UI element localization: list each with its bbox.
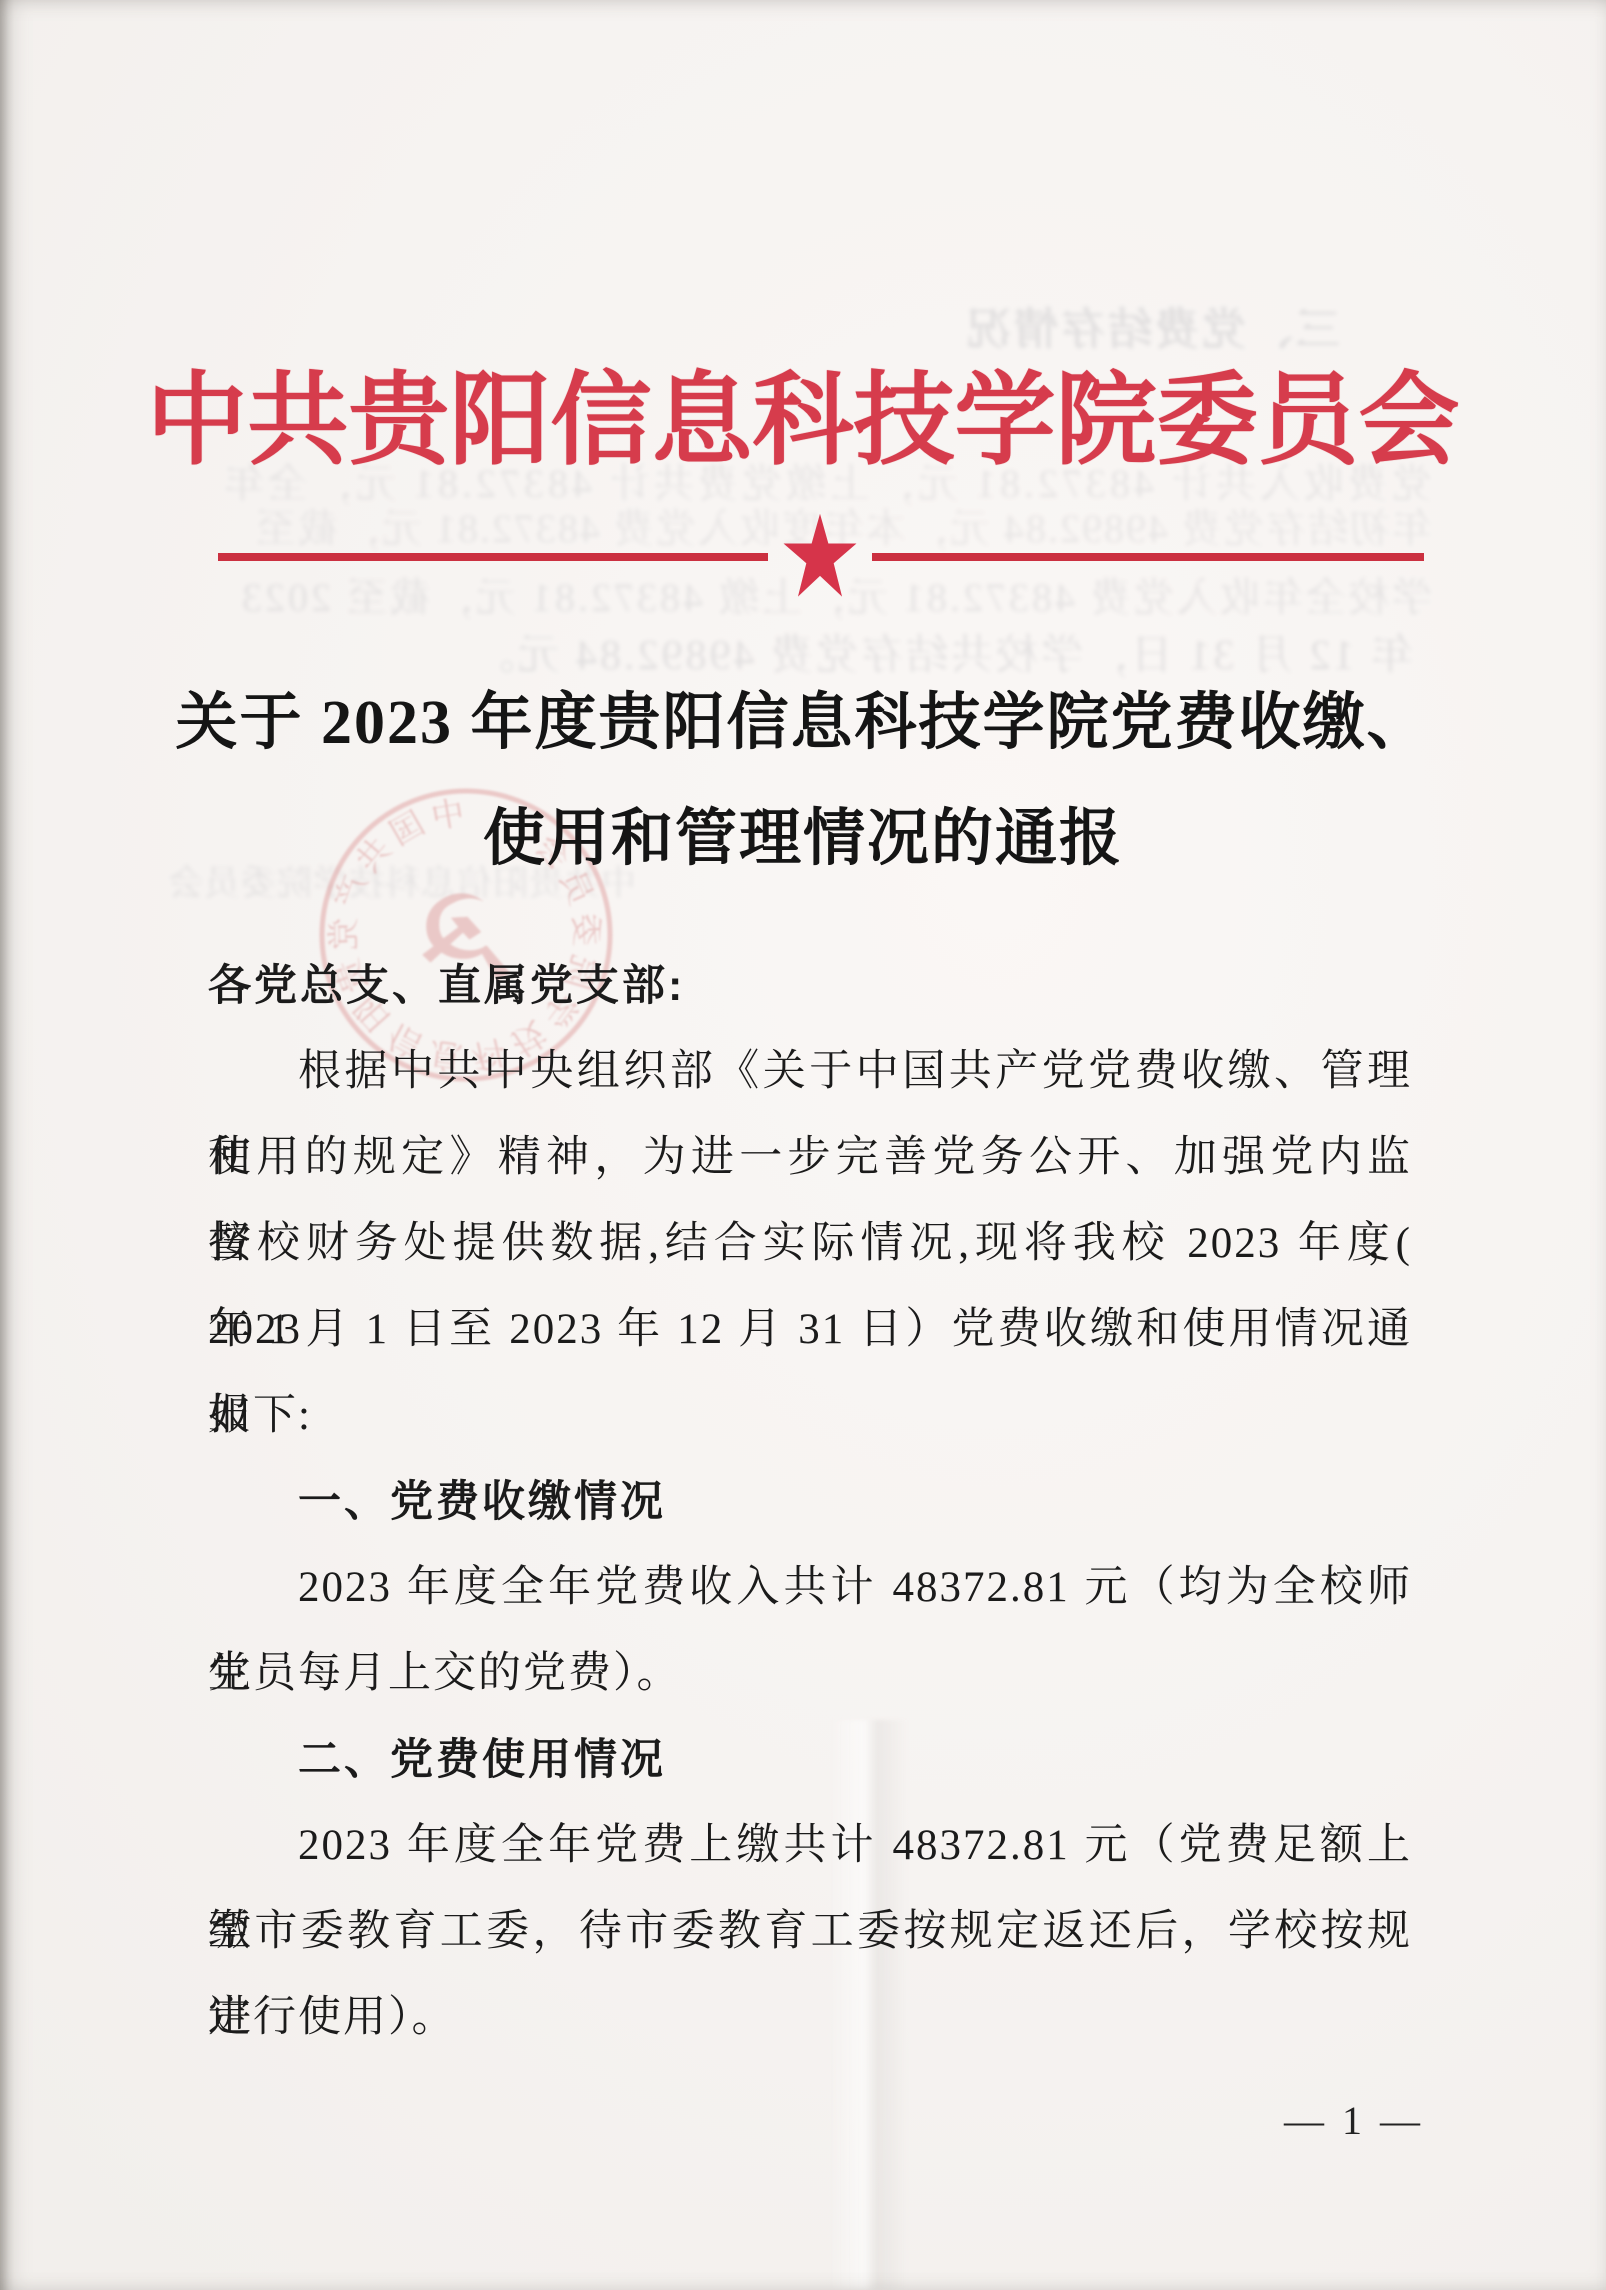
page-number: — 1 —: [1284, 2097, 1424, 2144]
letterhead-issuer: 中共贵阳信息科技学院委员会: [0, 366, 1606, 476]
body-line: 进行使用）。: [208, 1975, 1412, 2061]
body-line: 年 1 月 1 日至 2023 年 12 月 31 日）党费收缴和使用情况通报: [208, 1287, 1412, 1373]
divider-line-right: [872, 553, 1424, 561]
red-star-icon: [782, 512, 858, 602]
body-line: 按校财务处提供数据,结合实际情况,现将我校 2023 年度( 2023: [208, 1201, 1412, 1287]
bleedthrough-section-heading: 三、党费结存情况: [940, 293, 1340, 357]
section-heading-2: 二、党费使用情况: [208, 1717, 1412, 1803]
scanned-notice-page: 三、党费结存情况 党费收入共计 48372.81 元，上缴党费共计 48372.…: [0, 0, 1606, 2290]
body-line: 党员每月上交的党费）。: [208, 1631, 1412, 1717]
divider-line-left: [218, 553, 768, 561]
body-line: 使用的规定》精神，为进一步完善党务公开、加强党内监督，: [208, 1115, 1412, 1201]
body-line: 2023 年度全年党费上缴共计 48372.81 元（党费足额上缴: [208, 1803, 1412, 1889]
body-line: 根据中共中央组织部《关于中国共产党党费收缴、管理和: [208, 1029, 1412, 1115]
section-heading-1: 一、党费收缴情况: [208, 1459, 1412, 1545]
body-line: 至市委教育工委，待市委教育工委按规定返还后，学校按规定: [208, 1889, 1412, 1975]
document-title-line2: 使用和管理情况的通报: [0, 788, 1606, 877]
document-body: 各党总支、直属党支部: 根据中共中央组织部《关于中国共产党党费收缴、管理和 使用…: [208, 943, 1412, 2061]
document-title-line1: 关于 2023 年度贵阳信息科技学院党费收缴、: [0, 672, 1606, 761]
scan-edge-shadow: [0, 0, 14, 2290]
body-line: 如下:: [208, 1373, 1412, 1459]
body-line: 2023 年度全年党费收入共计 48372.81 元（均为全校师生: [208, 1545, 1412, 1631]
salutation-line: 各党总支、直属党支部:: [208, 943, 1412, 1029]
